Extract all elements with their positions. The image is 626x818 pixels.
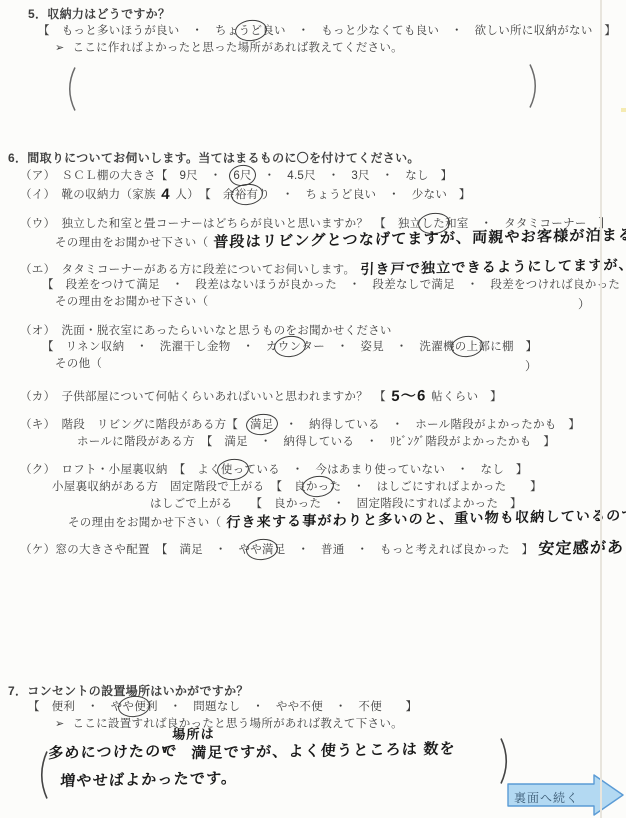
q7-handwritten-insertion: 場所は bbox=[172, 727, 215, 744]
q6-title-text: 6．間取りについてお伺いします。当てはまるものに〇を付けてください。 bbox=[8, 151, 420, 165]
q6-i-mid: 人） 【 余 bbox=[175, 189, 234, 201]
q7-options-line: 【 便利 ・ やや便利 ・ 問題なし ・ やや不便 ・ 不便 】 bbox=[28, 700, 417, 715]
q6-i-handwritten-family-count: 4 bbox=[161, 187, 171, 202]
q6-ke-post: 足 ・ 普通 ・ もっと考えれば良かった 】 bbox=[274, 544, 534, 556]
q6-o-circle-annotation-1: ウン bbox=[278, 340, 302, 355]
q6-i-circle-annotation: 裕有 bbox=[235, 188, 259, 203]
q6-e-options: 【 段差をつけて満足 ・ 段差はないほうが良かった ・ 段差なしで満足 ・ 段差… bbox=[42, 279, 626, 291]
q6-ki2-text: ホールに階段がある方 【 満足 ・ 納得している ・ ﾘﾋﾞﾝｸﾞ階段がよかった… bbox=[77, 436, 555, 448]
q5-title: 5．収納力はどうですか？ bbox=[28, 7, 170, 22]
q6-a-circle-annotation: 6尺 bbox=[233, 169, 252, 184]
q6-a-line: （ア） ＳＣＬ棚の大きさ【 9尺 ・ 6尺 ・ 4.5尺 ・ 3尺 ・ なし 】 bbox=[20, 169, 452, 184]
q7-handwritten-line-2: 増やせばよかったです。 bbox=[60, 774, 237, 791]
q5-options-pre: 【 もっと多いほうが良い ・ ちょ bbox=[38, 25, 239, 37]
q5-prompt-text: ここに作ればよかったと思った場所があれば教えてください。 bbox=[73, 42, 403, 54]
q6-ku3-text: はしごで上がる 【 良かった ・ 固定階段にすればよかった 】 bbox=[150, 498, 522, 510]
q5-prompt-line: ➢ここに作ればよかったと思った場所があれば教えてください。 bbox=[55, 41, 403, 56]
q6-i-pre: （イ） 靴の収納力（家族 bbox=[20, 189, 156, 201]
q6-ku-line-2: 小屋裏収納がある方 固定階段で上がる 【 良かった ・ はしごにすればよかった … bbox=[52, 480, 542, 495]
q6-o-options-line: 【 リネン収納 ・ 洗濯干し金物 ・ カウンター ・ 姿見 ・ 洗濯機の上部に棚… bbox=[42, 340, 537, 355]
q6-ku-line-1: （ク） ロフト・小屋裏収納 【 よく使っている ・ 今はあまり使っていない ・ … bbox=[20, 463, 528, 478]
q6-ku4-label: その理由をお聞かせ下さい（ bbox=[68, 517, 221, 529]
q6-ki-line-2: ホールに階段がある方 【 満足 ・ 納得している ・ ﾘﾋﾞﾝｸﾞ階段がよかった… bbox=[77, 435, 555, 450]
q6-ki1-pre: （キ） 階段 リビングに階段がある方【 bbox=[20, 419, 250, 431]
q7-options-pre: 【 便利 ・ や bbox=[28, 701, 122, 713]
q5-title-text: 5．収納力はどうですか？ bbox=[28, 7, 170, 21]
q6-e-pre: （エ） タタミコーナーがある方に段差についてお伺いします。 bbox=[20, 264, 355, 276]
q6-o-close-paren: ） bbox=[525, 357, 537, 374]
q6-ku1-post: ている ・ 今はあまり使っていない ・ なし 】 bbox=[245, 464, 528, 476]
q6-a-post: ・ 4.5尺 ・ 3尺 ・ なし 】 bbox=[252, 170, 453, 182]
q6-o-circle-annotation-2: の上 bbox=[455, 340, 479, 355]
q6-ka-post: 帖くらい 】 bbox=[431, 391, 502, 403]
q6-o-post: 部に棚 】 bbox=[478, 341, 537, 353]
q6-i-line: （イ） 靴の収納力（家族4人） 【 余裕有り ・ ちょうど良い ・ 少ない 】 bbox=[20, 186, 471, 203]
q7-answer-bracket-left-icon bbox=[34, 750, 50, 800]
q6-ki-circle-annotation: 満足 bbox=[250, 418, 274, 433]
continue-arrow-label: 裏面へ続く bbox=[514, 789, 579, 806]
q6-e-line: （エ） タタミコーナーがある方に段差についてお伺いします。引き戸で独立できるよう… bbox=[20, 261, 626, 278]
q6-o-other-label: その他（ bbox=[55, 358, 102, 370]
q6-ku-reason-line: その理由をお聞かせ下さい（行き来する事がわりと多いのと、重い物も収納しているので… bbox=[68, 514, 626, 531]
q6-ka-pre: （カ） 子供部屋について何帖くらいあればいいと思われますか？ 【 bbox=[20, 391, 386, 403]
q6-ku-circle-annotation-2: かっ bbox=[306, 480, 330, 495]
q6-u-reason-line: その理由をお聞かせ下さい（普段はリビングとつなげてますが、両親やお客様が泊まる時… bbox=[55, 234, 626, 251]
q6-u-pre: （ウ） 独立した和室と畳コーナーはどちらが良いと思いますか？ 【 独立 bbox=[20, 218, 422, 230]
q6-o-title-line: （オ） 洗面・脱衣室にあったらいいなと思うものをお聞かせください bbox=[20, 324, 392, 339]
q6-e-reason-line: その理由をお聞かせ下さい（ bbox=[55, 295, 208, 310]
q6-o-pre: 【 リネン収納 ・ 洗濯干し金物 ・ カ bbox=[42, 341, 278, 353]
q5-options-line: 【 もっと多いほうが良い ・ ちょうど良い ・ もっと少なくても良い ・ 欲しい… bbox=[38, 24, 616, 39]
q6-ku1-pre: （ク） ロフト・小屋裏収納 【 よく bbox=[20, 464, 221, 476]
q6-u-reason-label: その理由をお聞かせ下さい（ bbox=[55, 237, 208, 249]
q6-ki-line-1: （キ） 階段 リビングに階段がある方【 満足 ・ 納得している ・ ホール階段が… bbox=[20, 418, 580, 433]
scan-edge-line bbox=[600, 0, 602, 818]
q5-answer-bracket-right-icon bbox=[527, 63, 543, 109]
prompt-arrow-icon: ➢ bbox=[55, 717, 65, 732]
q6-ku-circle-annotation-1: 使っ bbox=[221, 463, 245, 478]
continue-arrow: 裏面へ続く bbox=[504, 772, 626, 818]
q6-ke-pre: （ケ）窓の大きさや配置 【 満足 ・ や bbox=[20, 544, 250, 556]
q6-o-mid: ター ・ 姿見 ・ 洗濯機 bbox=[301, 341, 454, 353]
q6-ke-line: （ケ）窓の大きさや配置 【 満足 ・ やや満足 ・ 普通 ・ もっと考えれば良か… bbox=[20, 541, 626, 558]
q6-ke-circle-annotation: や満 bbox=[250, 543, 274, 558]
q7-handwritten-line-1: 多めにつけたので満足ですが、よく使うところは 数を bbox=[48, 746, 456, 763]
q6-title: 6．間取りについてお伺いします。当てはまるものに〇を付けてください。 bbox=[8, 151, 420, 166]
q6-o-title: （オ） 洗面・脱衣室にあったらいいなと思うものをお聞かせください bbox=[20, 325, 392, 337]
q6-ka-line: （カ） 子供部屋について何帖くらいあればいいと思われますか？ 【5～6帖くらい … bbox=[20, 388, 502, 405]
q7-hw1b: 満足ですが、よく使うところは 数を bbox=[191, 741, 456, 761]
q6-o-other-line: その他（ bbox=[55, 357, 102, 372]
q6-ke-handwritten-note: 安定感がある。 bbox=[538, 540, 626, 557]
q7-hw2: 増やせばよかったです。 bbox=[60, 771, 238, 789]
q6-e-options-line: 【 段差をつけて満足 ・ 段差はないほうが良かった ・ 段差なしで満足 ・ 段差… bbox=[42, 278, 626, 293]
q5-answer-bracket-left-icon bbox=[62, 66, 78, 112]
scanned-survey-page: 5．収納力はどうですか？ 【 もっと多いほうが良い ・ ちょうど良い ・ もっと… bbox=[0, 0, 626, 818]
q7-hw1a: 多めにつけたので bbox=[48, 744, 178, 761]
q7-circle-annotation: や便 bbox=[122, 700, 146, 715]
q6-ku2-pre: 小屋裏収納がある方 固定階段で上がる 【 良 bbox=[52, 481, 306, 493]
q7-prompt-line: ➢ここに設置すれば良かったと思う場所があれば教えて下さい。 bbox=[55, 717, 403, 732]
q5-circle-annotation: うど bbox=[239, 24, 263, 39]
q7-insert-text: 場所は bbox=[172, 726, 215, 742]
q6-a-pre: （ア） ＳＣＬ棚の大きさ【 9尺 ・ bbox=[20, 170, 233, 182]
q6-ku2-post: た ・ はしごにすればよかった 】 bbox=[329, 481, 541, 493]
q5-options-post: 良い ・ もっと少なくても良い ・ 欲しい所に収納がない 】 bbox=[262, 25, 616, 37]
q6-ka-handwritten-size: 5～6 bbox=[391, 388, 427, 404]
q6-e-handwritten-note: 引き戸で独立できるようにしてますが、よかったです。 bbox=[360, 255, 626, 277]
q6-ki1-post: ・ 納得している ・ ホール階段がよかったかも 】 bbox=[274, 419, 581, 431]
q7-prompt-text: ここに設置すれば良かったと思う場所があれば教えて下さい。 bbox=[73, 718, 403, 730]
q6-e-reason-label: その理由をお聞かせ下さい（ bbox=[55, 296, 208, 308]
scan-mark bbox=[621, 108, 626, 112]
prompt-arrow-icon: ➢ bbox=[55, 41, 65, 56]
q7-options-post: 利 ・ 問題なし ・ やや不便 ・ 不便 】 bbox=[146, 701, 417, 713]
q6-i-post: り ・ ちょうど良い ・ 少ない 】 bbox=[258, 189, 470, 201]
q6-e-close-paren: ） bbox=[578, 295, 590, 312]
